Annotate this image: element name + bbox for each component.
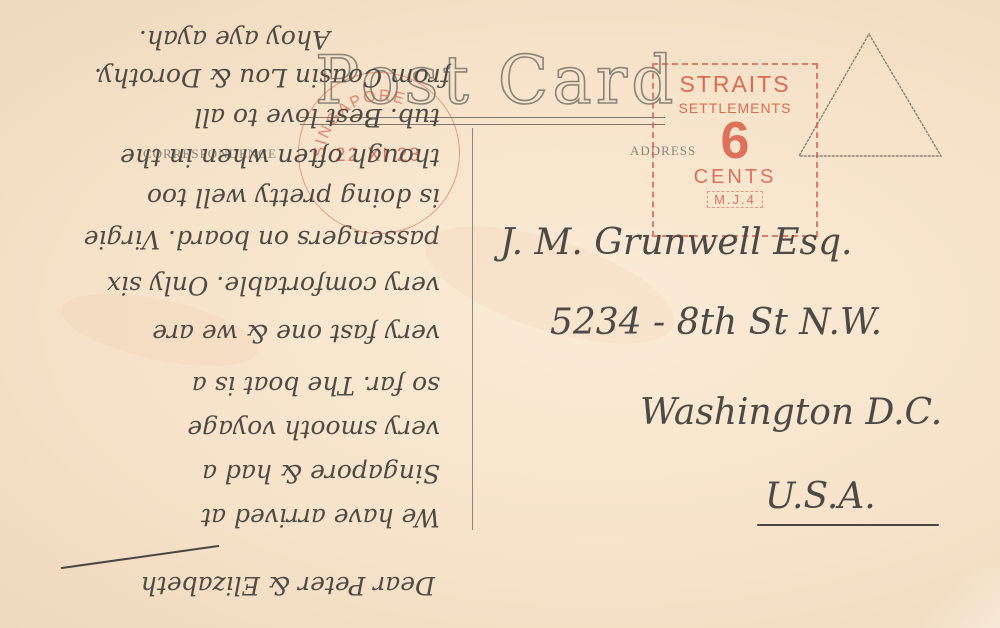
address-city: Washington D.C. xyxy=(640,392,942,433)
message-line: tub. Best love to all xyxy=(194,103,440,132)
center-divider xyxy=(472,128,473,530)
address-country: U.S.A. xyxy=(765,476,876,517)
address-name: J. M. Grunwell Esq. xyxy=(500,222,852,263)
country-underline xyxy=(757,524,939,526)
meter-unit: CENTS xyxy=(654,166,816,189)
message-line: is doing pretty well too xyxy=(147,183,440,212)
address-street: 5234 - 8th St N.W. xyxy=(550,302,882,343)
meter-line1: STRAITS xyxy=(654,71,816,98)
message-line: from Cousin Lou & Dorothy. xyxy=(94,63,450,92)
salutation-underline xyxy=(61,545,220,569)
message-line: Singapore & had a xyxy=(202,459,440,488)
message-line: so far. The boat is a xyxy=(192,371,440,400)
meter-stamp: STRAITS SETTLEMENTS 6 CENTS M.J.4 xyxy=(652,63,818,237)
postcard: Post Card CORRESPONDENCE ADDRESS STRAITS… xyxy=(0,0,1000,628)
message-line: Dear Peter & Elizabeth xyxy=(141,571,435,600)
message-line: We have arrived at xyxy=(201,503,440,532)
corner-wear xyxy=(910,568,1000,628)
meter-value: 6 xyxy=(654,116,816,166)
message-upside-down: Dear Peter & Elizabeth We have arrived a… xyxy=(20,20,460,610)
message-line: very smooth voyage xyxy=(187,415,440,444)
message-line: very fast one & we are xyxy=(152,319,440,348)
message-line: though often when in the xyxy=(120,143,440,172)
message-line: passengers on board. Virgie xyxy=(84,225,440,254)
message-line: very comfortable. Only six xyxy=(107,271,440,300)
meter-code: M.J.4 xyxy=(707,191,763,208)
message-line: Ahoy aye ayah. xyxy=(139,25,330,54)
